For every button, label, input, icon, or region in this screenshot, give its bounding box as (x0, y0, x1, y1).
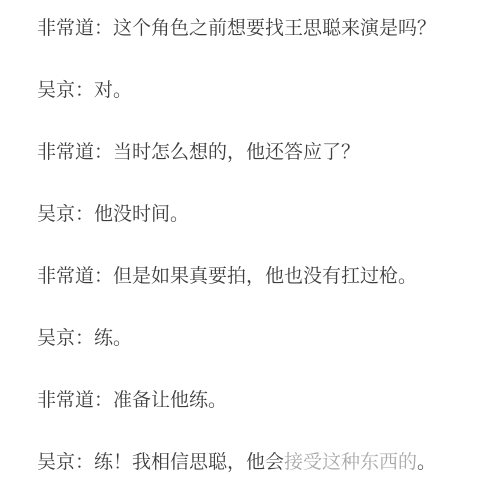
dialogue-line: 非常道：准备让他练。 (37, 389, 473, 413)
dialogue-text-segment: 吴京：练。 (37, 328, 132, 349)
dialogue-text-segment: 吴京：他没时间。 (37, 204, 189, 225)
dialogue-line: 吴京：他没时间。 (37, 203, 473, 227)
dialogue-line: 非常道：这个角色之前想要找王思聪来演是吗？ (37, 17, 473, 41)
dialogue-text-segment: 吴京：练！我相信思聪，他会 (37, 452, 284, 473)
dialogue-text-segment: 吴京：对。 (37, 80, 132, 101)
dialogue-text-segment: 非常道：这个角色之前想要找王思聪来演是吗？ (37, 18, 436, 39)
dialogue-line: 非常道：但是如果真要拍，他也没有扛过枪。 (37, 265, 473, 289)
dialogue-text-segment: 接受这种东西的 (284, 452, 417, 473)
dialogue-line: 非常道：当时怎么想的，他还答应了？ (37, 141, 473, 165)
dialogue-line: 吴京：练。 (37, 327, 473, 351)
dialogue-text-segment: 非常道：准备让他练。 (37, 390, 227, 411)
dialogue-line: 吴京：练！我相信思聪，他会接受这种东西的。 (37, 451, 473, 475)
dialogue-list: 非常道：这个角色之前想要找王思聪来演是吗？吴京：对。非常道：当时怎么想的，他还答… (0, 0, 487, 475)
dialogue-text-segment: 。 (417, 452, 436, 473)
dialogue-text-segment: 非常道：当时怎么想的，他还答应了？ (37, 142, 360, 163)
dialogue-text-segment: 非常道：但是如果真要拍，他也没有扛过枪。 (37, 266, 417, 287)
dialogue-line: 吴京：对。 (37, 79, 473, 103)
